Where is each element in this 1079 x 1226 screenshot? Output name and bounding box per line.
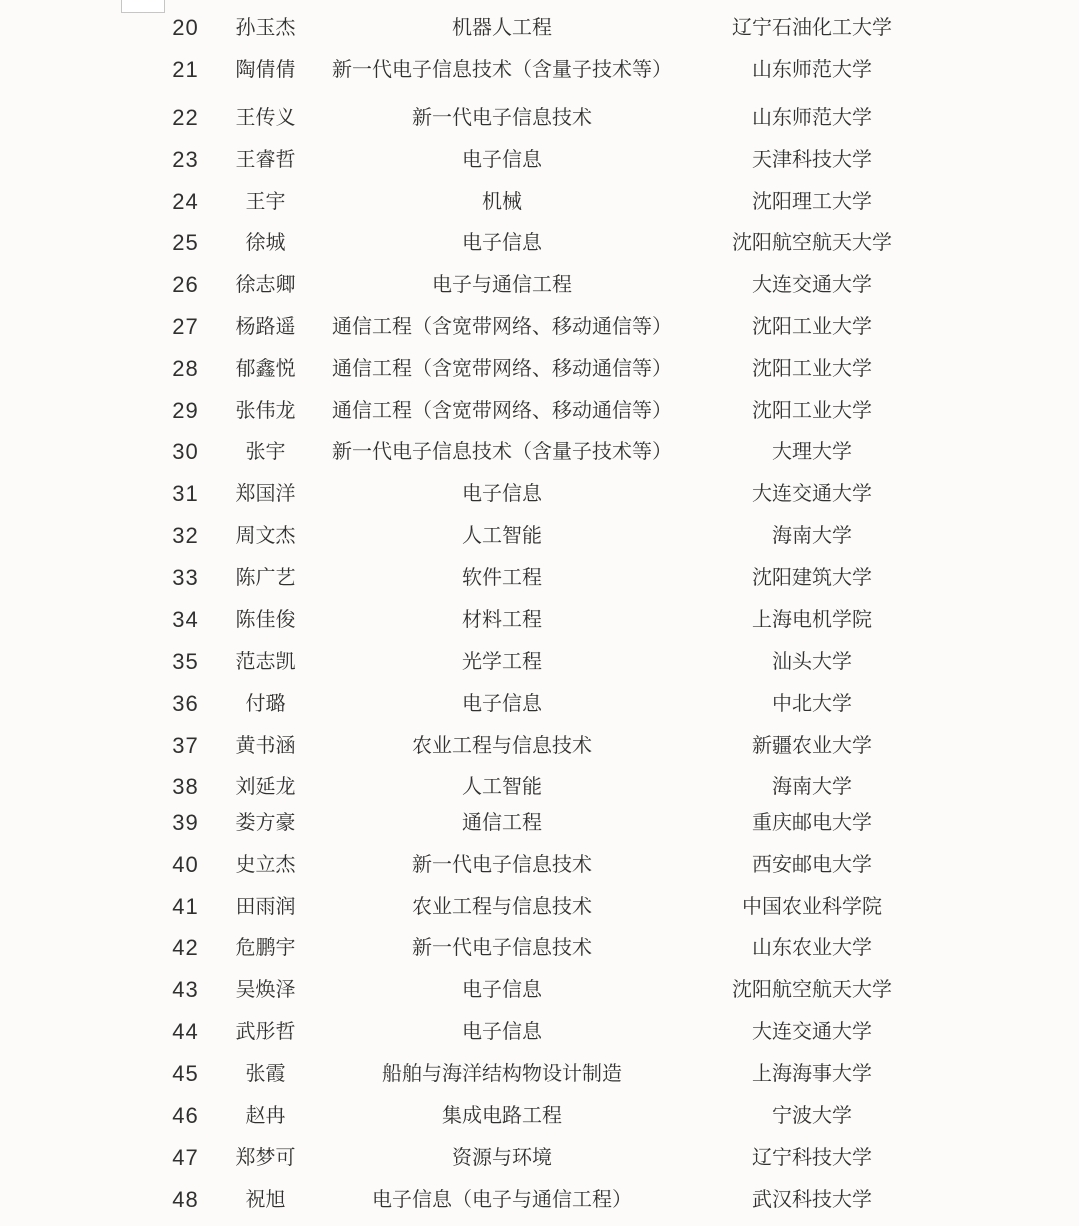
major: 电子信息 [332,479,672,509]
major: 新一代电子信息技术 [332,933,672,963]
major: 人工智能 [332,521,672,551]
major: 农业工程与信息技术 [332,892,672,922]
university: 上海海事大学 [672,1059,952,1089]
university: 山东农业大学 [672,933,952,963]
table-row: 32周文杰人工智能海南大学 [0,521,1079,551]
major: 电子信息 [332,975,672,1005]
major: 集成电路工程 [332,1101,672,1131]
table-row: 47郑梦可资源与环境辽宁科技大学 [0,1143,1079,1173]
table-row: 35范志凯光学工程汕头大学 [0,647,1079,677]
university: 重庆邮电大学 [672,808,952,838]
major: 电子信息 [332,228,672,258]
student-name: 娄方豪 [193,808,338,838]
university: 山东师范大学 [672,55,952,85]
table-row: 36付璐电子信息中北大学 [0,689,1079,719]
university: 山东师范大学 [672,103,952,133]
student-name: 危鹏宇 [193,933,338,963]
table-row: 44武彤哲电子信息大连交通大学 [0,1017,1079,1047]
student-name: 范志凯 [193,647,338,677]
student-name: 武彤哲 [193,1017,338,1047]
student-name: 杨路遥 [193,312,338,342]
table-row: 28郁鑫悦通信工程（含宽带网络、移动通信等）沈阳工业大学 [0,354,1079,384]
major: 通信工程（含宽带网络、移动通信等） [332,312,672,342]
university: 大连交通大学 [672,479,952,509]
table-row: 26徐志卿电子与通信工程大连交通大学 [0,270,1079,300]
student-name: 陈广艺 [193,563,338,593]
student-name: 张宇 [193,437,338,467]
university: 沈阳工业大学 [672,396,952,426]
student-name: 祝旭 [193,1185,338,1215]
major: 电子信息（电子与通信工程） [332,1185,672,1215]
major: 电子信息 [332,689,672,719]
student-name: 田雨润 [193,892,338,922]
major: 软件工程 [332,563,672,593]
table-row: 30张宇新一代电子信息技术（含量子技术等）大理大学 [0,437,1079,467]
table-row: 38刘延龙人工智能海南大学 [0,772,1079,802]
major: 新一代电子信息技术 [332,103,672,133]
table-row: 29张伟龙通信工程（含宽带网络、移动通信等）沈阳工业大学 [0,396,1079,426]
major: 新一代电子信息技术（含量子技术等） [332,437,672,467]
student-name: 徐城 [193,228,338,258]
table-row: 23王睿哲电子信息天津科技大学 [0,145,1079,175]
major: 通信工程 [332,808,672,838]
university: 武汉科技大学 [672,1185,952,1215]
major: 光学工程 [332,647,672,677]
major: 电子信息 [332,1017,672,1047]
cut-off-cell-fragment [121,0,165,13]
major: 资源与环境 [332,1143,672,1173]
table-row: 25徐城电子信息沈阳航空航天大学 [0,228,1079,258]
table-row: 33陈广艺软件工程沈阳建筑大学 [0,563,1079,593]
major: 新一代电子信息技术（含量子技术等） [332,55,672,85]
student-name: 刘延龙 [193,772,338,802]
major: 机械 [332,187,672,217]
major: 通信工程（含宽带网络、移动通信等） [332,396,672,426]
university: 大理大学 [672,437,952,467]
student-name: 陈佳俊 [193,605,338,635]
university: 宁波大学 [672,1101,952,1131]
university: 中北大学 [672,689,952,719]
table-row: 22王传义新一代电子信息技术山东师范大学 [0,103,1079,133]
university: 大连交通大学 [672,1017,952,1047]
university: 海南大学 [672,772,952,802]
student-name: 王传义 [193,103,338,133]
university: 中国农业科学院 [672,892,952,922]
student-name: 郑国洋 [193,479,338,509]
university: 沈阳工业大学 [672,354,952,384]
table-row: 27杨路遥通信工程（含宽带网络、移动通信等）沈阳工业大学 [0,312,1079,342]
student-name: 孙玉杰 [193,13,338,43]
student-name: 王睿哲 [193,145,338,175]
university: 天津科技大学 [672,145,952,175]
table-row: 46赵冉集成电路工程宁波大学 [0,1101,1079,1131]
table-row: 39娄方豪通信工程重庆邮电大学 [0,808,1079,838]
table-row: 20孙玉杰机器人工程辽宁石油化工大学 [0,13,1079,43]
student-name: 吴焕泽 [193,975,338,1005]
table-row: 48祝旭电子信息（电子与通信工程）武汉科技大学 [0,1185,1079,1215]
student-name: 史立杰 [193,850,338,880]
major: 人工智能 [332,772,672,802]
university: 西安邮电大学 [672,850,952,880]
major: 材料工程 [332,605,672,635]
student-name: 郁鑫悦 [193,354,338,384]
university: 海南大学 [672,521,952,551]
university: 沈阳建筑大学 [672,563,952,593]
student-name: 付璐 [193,689,338,719]
university: 沈阳航空航天大学 [672,975,952,1005]
table-row: 40史立杰新一代电子信息技术西安邮电大学 [0,850,1079,880]
student-name: 黄书涵 [193,731,338,761]
table-row: 42危鹏宇新一代电子信息技术山东农业大学 [0,933,1079,963]
university: 汕头大学 [672,647,952,677]
university: 沈阳工业大学 [672,312,952,342]
university: 大连交通大学 [672,270,952,300]
student-name: 张霞 [193,1059,338,1089]
major: 电子与通信工程 [332,270,672,300]
table-row: 24王宇机械沈阳理工大学 [0,187,1079,217]
student-name: 徐志卿 [193,270,338,300]
document-page: 20孙玉杰机器人工程辽宁石油化工大学21陶倩倩新一代电子信息技术（含量子技术等）… [0,0,1079,1226]
major: 机器人工程 [332,13,672,43]
university: 辽宁石油化工大学 [672,13,952,43]
university: 辽宁科技大学 [672,1143,952,1173]
student-name: 郑梦可 [193,1143,338,1173]
table-row: 34陈佳俊材料工程上海电机学院 [0,605,1079,635]
major: 通信工程（含宽带网络、移动通信等） [332,354,672,384]
major: 农业工程与信息技术 [332,731,672,761]
table-row: 43吴焕泽电子信息沈阳航空航天大学 [0,975,1079,1005]
student-name: 赵冉 [193,1101,338,1131]
table-row: 41田雨润农业工程与信息技术中国农业科学院 [0,892,1079,922]
student-name: 陶倩倩 [193,55,338,85]
major: 新一代电子信息技术 [332,850,672,880]
major: 船舶与海洋结构物设计制造 [332,1059,672,1089]
table-row: 37黄书涵农业工程与信息技术新疆农业大学 [0,731,1079,761]
table-row: 45张霞船舶与海洋结构物设计制造上海海事大学 [0,1059,1079,1089]
table-row: 21陶倩倩新一代电子信息技术（含量子技术等）山东师范大学 [0,55,1079,85]
university: 沈阳航空航天大学 [672,228,952,258]
university: 沈阳理工大学 [672,187,952,217]
student-name: 周文杰 [193,521,338,551]
student-name: 张伟龙 [193,396,338,426]
student-name: 王宇 [193,187,338,217]
university: 新疆农业大学 [672,731,952,761]
major: 电子信息 [332,145,672,175]
table-row: 31郑国洋电子信息大连交通大学 [0,479,1079,509]
university: 上海电机学院 [672,605,952,635]
